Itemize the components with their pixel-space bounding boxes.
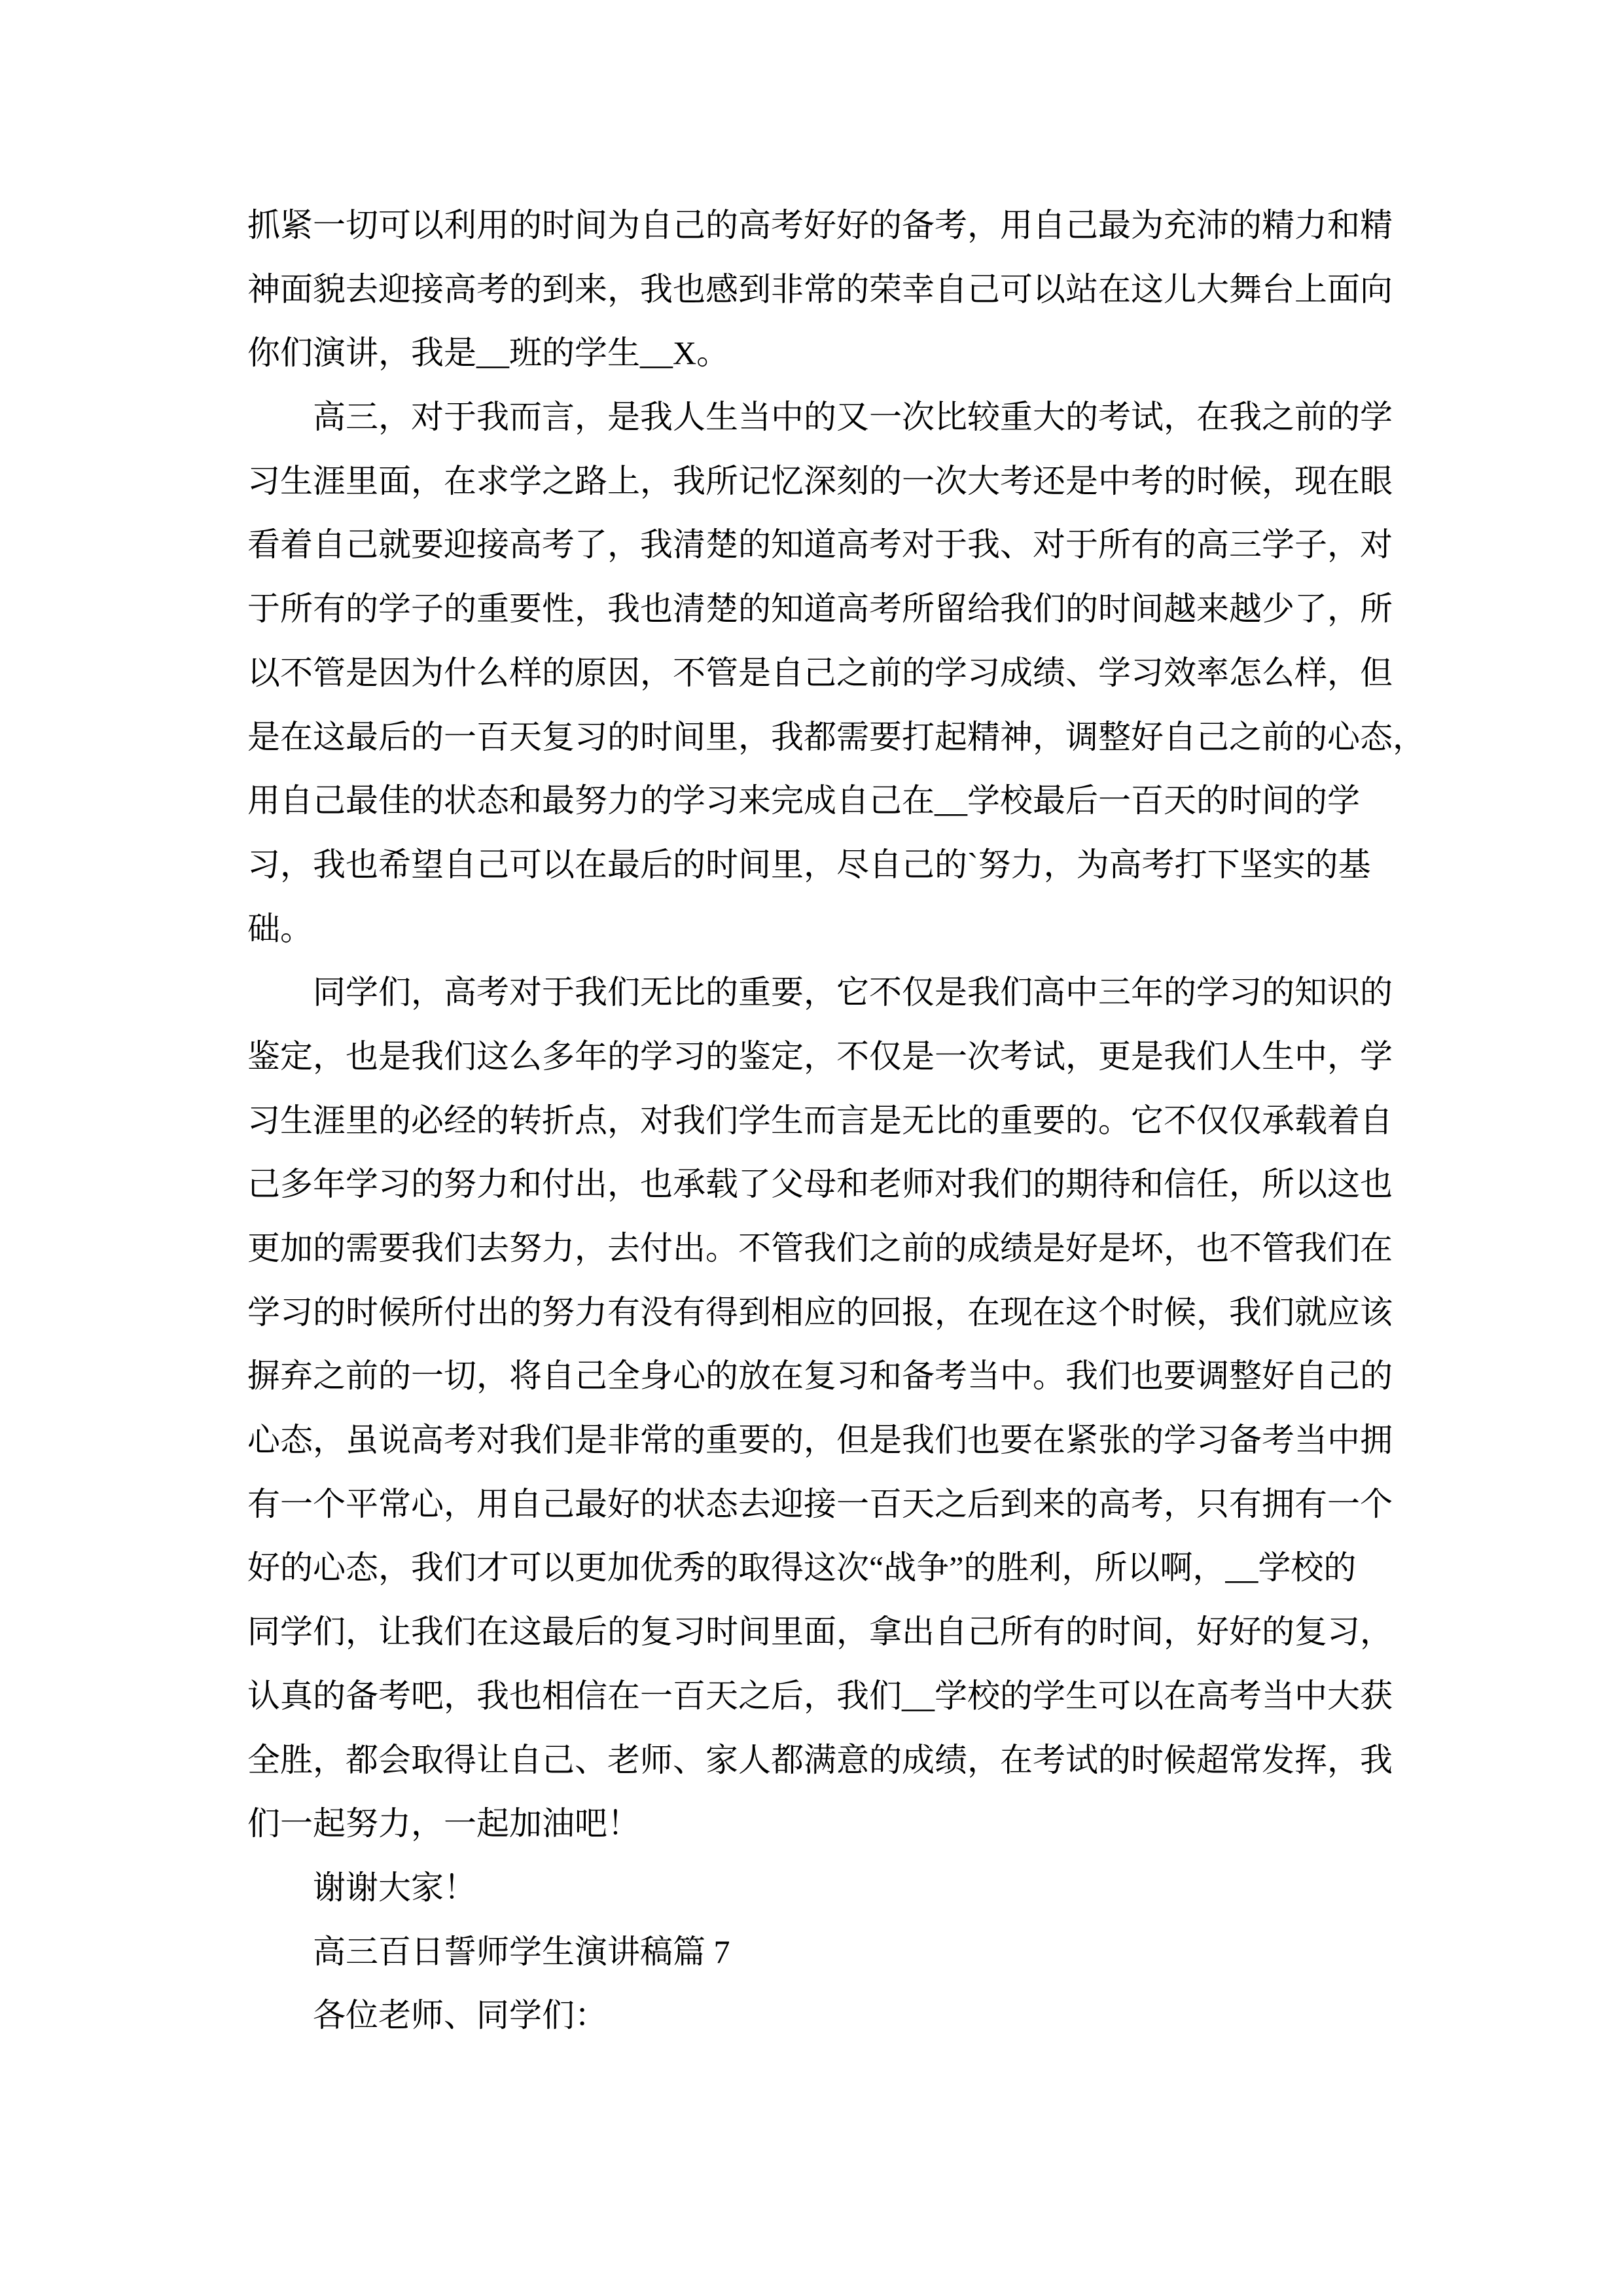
document-text-block: 抓紧一切可以利用的时间为自己的高考好好的备考，用自己最为充沛的精力和精 神面貌去… xyxy=(247,194,1399,2048)
text-line: 各位老师、同学们： xyxy=(247,1984,1399,2048)
text-line: 同学们，让我们在这最后的复习时间里面，拿出自己所有的时间，好好的复习， xyxy=(247,1600,1399,1664)
text-line: 高三百日誓师学生演讲稿篇 7 xyxy=(247,1920,1399,1984)
text-line: 们一起努力，一起加油吧！ xyxy=(247,1792,1399,1856)
text-line: 抓紧一切可以利用的时间为自己的高考好好的备考，用自己最为充沛的精力和精 xyxy=(247,194,1399,258)
text-line: 高三，对于我而言，是我人生当中的又一次比较重大的考试，在我之前的学 xyxy=(247,386,1399,450)
text-line: 于所有的学子的重要性，我也清楚的知道高考所留给我们的时间越来越少了，所 xyxy=(247,577,1399,641)
text-line: 是在这最后的一百天复习的时间里，我都需要打起精神，调整好自己之前的心态， xyxy=(247,706,1399,770)
text-line: 更加的需要我们去努力，去付出。不管我们之前的成绩是好是坏，也不管我们在 xyxy=(247,1217,1399,1281)
text-line: 学习的时候所付出的努力有没有得到相应的回报，在现在这个时候，我们就应该 xyxy=(247,1281,1399,1345)
text-line: 鉴定，也是我们这么多年的学习的鉴定，不仅是一次考试，更是我们人生中，学 xyxy=(247,1025,1399,1089)
text-line: 认真的备考吧，我也相信在一百天之后，我们__学校的学生可以在高考当中大获 xyxy=(247,1664,1399,1729)
text-line: 你们演讲，我是__班的学生__X。 xyxy=(247,321,1399,386)
document-page: 抓紧一切可以利用的时间为自己的高考好好的备考，用自己最为充沛的精力和精 神面貌去… xyxy=(0,0,1623,2296)
text-line: 看着自己就要迎接高考了，我清楚的知道高考对于我、对于所有的高三学子，对 xyxy=(247,513,1399,577)
text-line: 习生涯里面，在求学之路上，我所记忆深刻的一次大考还是中考的时候，现在眼 xyxy=(247,450,1399,514)
text-line: 神面貌去迎接高考的到来，我也感到非常的荣幸自己可以站在这儿大舞台上面向 xyxy=(247,258,1399,322)
text-line: 摒弃之前的一切，将自己全身心的放在复习和备考当中。我们也要调整好自己的 xyxy=(247,1344,1399,1408)
text-line: 习生涯里的必经的转折点，对我们学生而言是无比的重要的。它不仅仅承载着自 xyxy=(247,1089,1399,1153)
text-line: 同学们，高考对于我们无比的重要，它不仅是我们高中三年的学习的知识的 xyxy=(247,961,1399,1025)
text-line: 习，我也希望自己可以在最后的时间里，尽自己的`努力，为高考打下坚实的基 xyxy=(247,833,1399,897)
text-line: 己多年学习的努力和付出，也承载了父母和老师对我们的期待和信任，所以这也 xyxy=(247,1153,1399,1217)
text-line: 全胜，都会取得让自己、老师、家人都满意的成绩，在考试的时候超常发挥，我 xyxy=(247,1729,1399,1793)
text-line: 有一个平常心，用自己最好的状态去迎接一百天之后到来的高考，只有拥有一个 xyxy=(247,1473,1399,1537)
text-line: 谢谢大家！ xyxy=(247,1856,1399,1920)
text-line: 以不管是因为什么样的原因，不管是自己之前的学习成绩、学习效率怎么样，但 xyxy=(247,641,1399,706)
text-line: 用自己最佳的状态和最努力的学习来完成自己在__学校最后一百天的时间的学 xyxy=(247,769,1399,833)
text-line: 础。 xyxy=(247,897,1399,961)
text-line: 心态，虽说高考对我们是非常的重要的，但是我们也要在紧张的学习备考当中拥 xyxy=(247,1408,1399,1473)
text-line: 好的心态，我们才可以更加优秀的取得这次“战争”的胜利，所以啊，__学校的 xyxy=(247,1536,1399,1600)
